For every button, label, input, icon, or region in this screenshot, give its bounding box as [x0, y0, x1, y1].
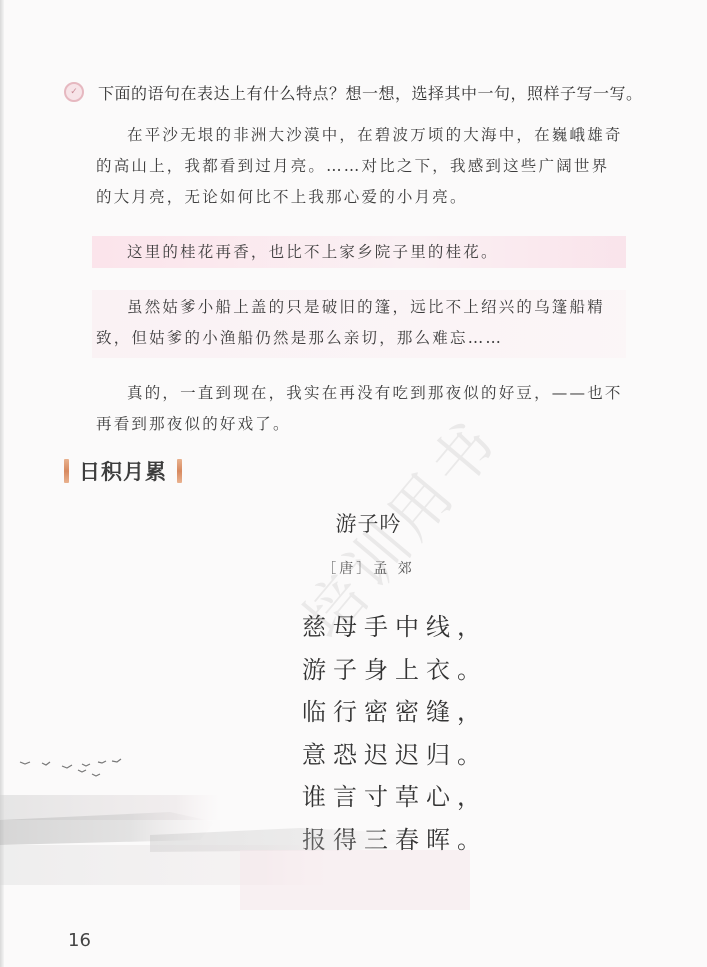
- example-paragraph-boat: 虽然姑爹小船上盖的只是破旧的篷，远比不上绍兴的乌篷船精致，但姑爹的小渔船仍然是那…: [96, 292, 626, 354]
- poem-line: 谁言寸草心，: [302, 776, 488, 819]
- poem-line: 临行密密缝，: [302, 691, 488, 734]
- poem-line: 报得三春晖。: [302, 819, 488, 862]
- poem-author: ［唐］孟 郊: [0, 558, 707, 578]
- poem-title: 游子吟: [0, 508, 707, 538]
- poem-line: 慈母手中线，: [302, 606, 488, 649]
- section-heading: 日积月累: [64, 456, 182, 486]
- example-paragraph-beans: 真的，一直到现在，我实在再没有吃到那夜似的好豆，——也不再看到那夜似的好戏了。: [96, 378, 626, 440]
- poem-body: 慈母手中线， 游子身上衣。 临行密密缝， 意恐迟迟归。 谁言寸草心， 报得三春晖…: [302, 606, 488, 861]
- section-bar-left: [64, 459, 69, 483]
- birds-icon: [20, 759, 121, 776]
- page-edge: [0, 0, 4, 967]
- exercise-number-circle-icon: ✓: [64, 82, 84, 102]
- example-sentence-osmanthus: 这里的桂花再香，也比不上家乡院子里的桂花。: [96, 236, 626, 268]
- instruction-text: 下面的语句在表达上有什么特点？想一想，选择其中一句，照样子写一写。: [98, 81, 643, 104]
- page-number: 16: [68, 930, 91, 951]
- section-bar-right: [177, 459, 182, 483]
- example-paragraph-moon: 在平沙无垠的非洲大沙漠中，在碧波万顷的大海中，在巍峨雄奇的高山上，我都看到过月亮…: [96, 120, 626, 213]
- poem-line: 游子身上衣。: [302, 649, 488, 692]
- poem-line: 意恐迟迟归。: [302, 734, 488, 777]
- section-title: 日积月累: [79, 456, 167, 486]
- exercise-instruction: ✓ 下面的语句在表达上有什么特点？想一想，选择其中一句，照样子写一写。: [64, 78, 664, 106]
